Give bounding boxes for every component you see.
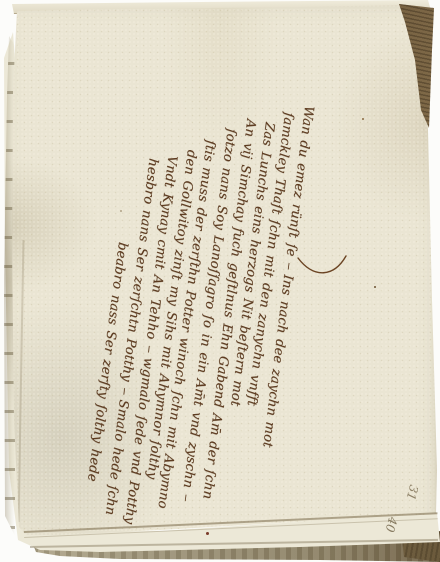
age-speck bbox=[362, 118, 364, 120]
ink-flourish bbox=[296, 252, 348, 282]
left-crease-line bbox=[18, 240, 25, 522]
age-speck bbox=[206, 532, 209, 535]
age-speck bbox=[120, 210, 122, 212]
manuscript-page: Wan du emez rünſt ſe ⎯ Ins nach dee zayc… bbox=[0, 0, 440, 562]
handwritten-text-block: Wan du emez rünſt ſe ⎯ Ins nach dee zayc… bbox=[91, 77, 318, 457]
manuscript-photo: Wan du emez rünſt ſe ⎯ Ins nach dee zayc… bbox=[0, 0, 440, 562]
age-speck bbox=[374, 286, 376, 288]
